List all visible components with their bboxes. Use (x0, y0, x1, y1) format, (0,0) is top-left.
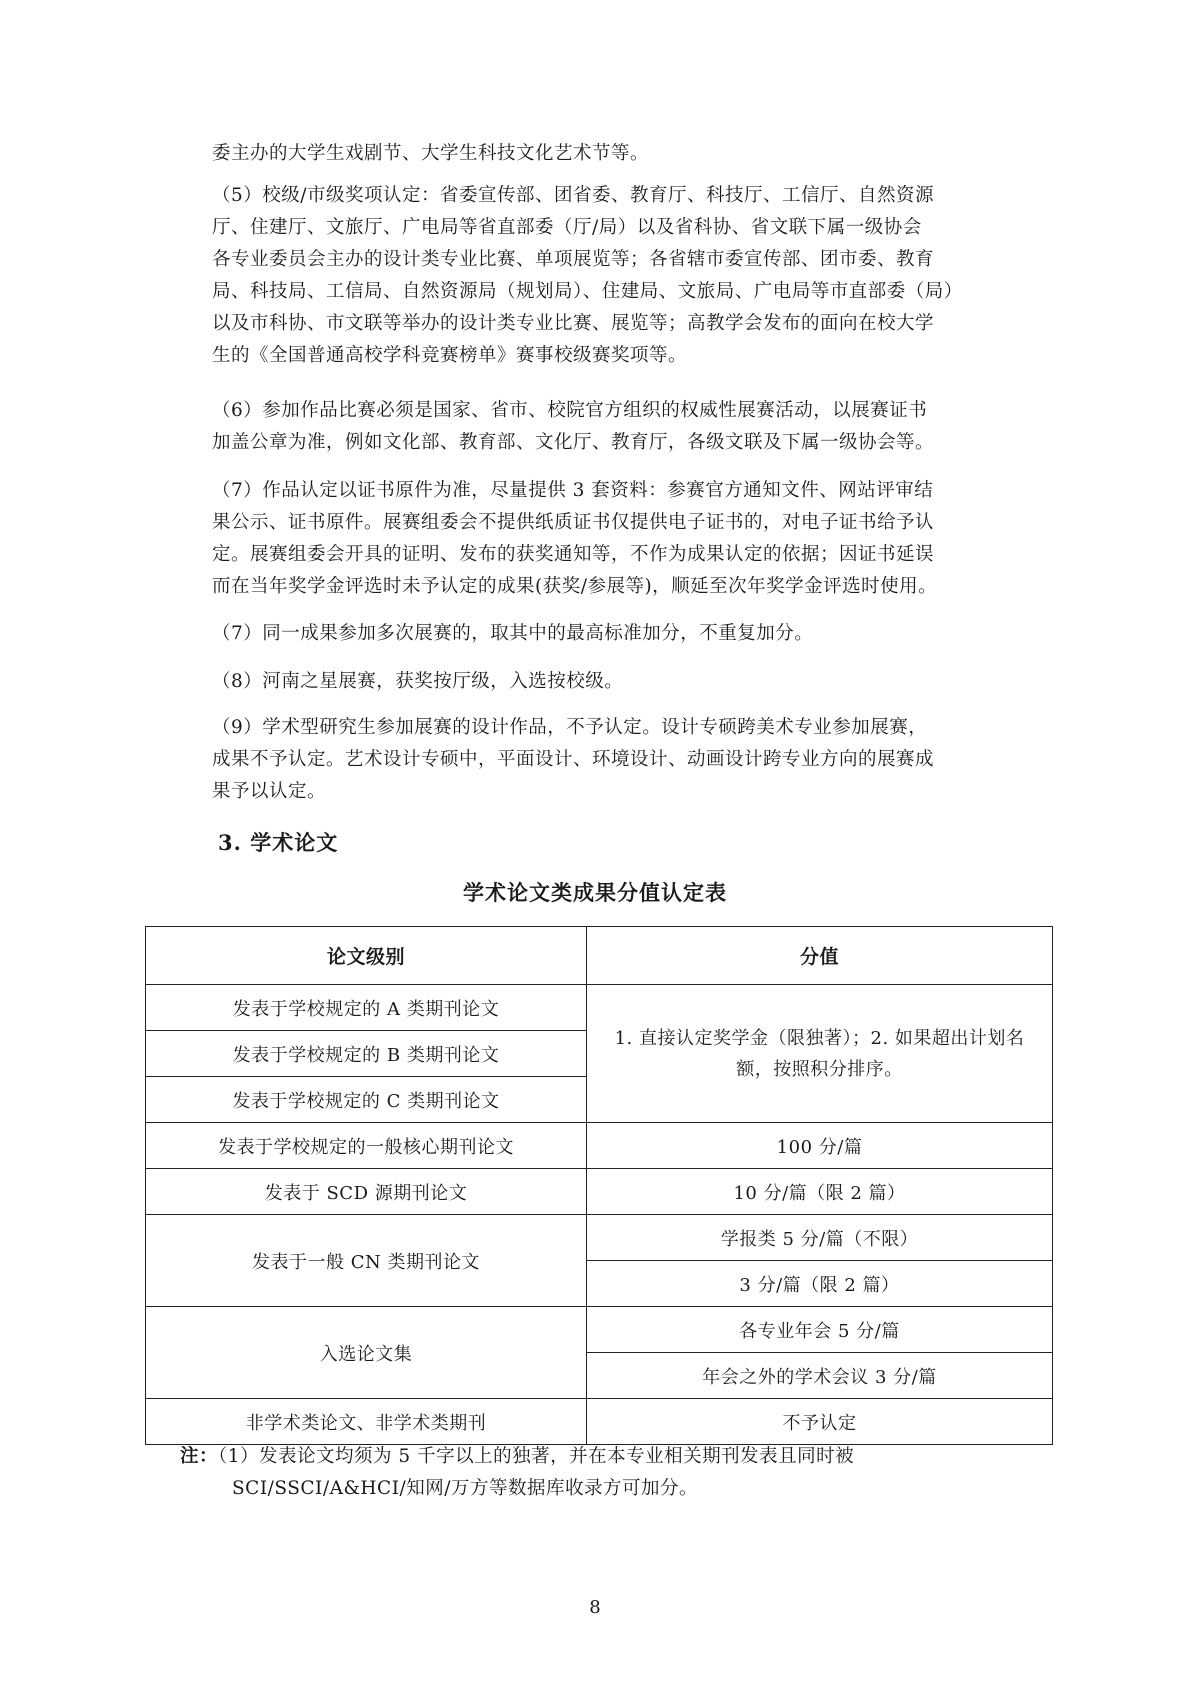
table-row: 发表于学校规定的 A 类期刊论文 1. 直接认定奖学金（限独著）；2. 如果超出… (146, 985, 1053, 1031)
cell-score-abc: 1. 直接认定奖学金（限独著）；2. 如果超出计划名 额，按照积分排序。 (587, 985, 1053, 1123)
text-line: 以及市科协、市文联等举办的设计类专业比赛、展览等；高教学会发布的面向在校大学 (212, 308, 972, 340)
table-title: 学术论文类成果分值认定表 (0, 877, 1190, 907)
cell-level: 发表于学校规定的 C 类期刊论文 (146, 1077, 587, 1123)
text-line: 而在当年奖学金评选时未予认定的成果(获奖/参展等)，顺延至次年奖学金评选时使用。 (212, 571, 972, 603)
cell-level: 发表于一般 CN 类期刊论文 (146, 1215, 587, 1307)
text-line: （7）同一成果参加多次展赛的，取其中的最高标准加分，不重复加分。 (212, 618, 972, 650)
text-line: （8）河南之星展赛，获奖按厅级，入选按校级。 (212, 666, 972, 698)
paragraph-continued: 委主办的大学生戏剧节、大学生科技文化艺术节等。 (212, 138, 972, 170)
text-line: 定。展赛组委会开具的证明、发布的获奖通知等，不作为成果认定的依据；因证书延误 (212, 539, 972, 571)
text-line: 局、科技局、工信局、自然资源局（规划局）、住建局、文旅局、广电局等市直部委（局） (212, 276, 972, 308)
score-text-line: 额，按照积分排序。 (736, 1059, 903, 1080)
text-line: 委主办的大学生戏剧节、大学生科技文化艺术节等。 (212, 138, 972, 170)
note-text: （1）发表论文均须为 5 千字以上的独著，并在本专业相关期刊发表且同时被 (218, 1446, 854, 1467)
cell-level: 非学术类论文、非学术类期刊 (146, 1399, 587, 1445)
paragraph-item-7a: （7）作品认定以证书原件为准，尽量提供 3 套资料：参赛官方通知文件、网站评审结… (212, 475, 972, 603)
paragraph-item-5: （5）校级/市级奖项认定：省委宣传部、团省委、教育厅、科技厅、工信厅、自然资源 … (212, 180, 972, 372)
header-level: 论文级别 (146, 927, 587, 985)
table-row: 非学术类论文、非学术类期刊 不予认定 (146, 1399, 1053, 1445)
cell-level: 发表于 SCD 源期刊论文 (146, 1169, 587, 1215)
section-heading: 3. 学术论文 (218, 827, 338, 857)
table-note: 注：（1）发表论文均须为 5 千字以上的独著，并在本专业相关期刊发表且同时被 S… (180, 1441, 1010, 1505)
table-row: 发表于学校规定的一般核心期刊论文 100 分/篇 (146, 1123, 1053, 1169)
header-score: 分值 (587, 927, 1053, 985)
page-number: 8 (0, 1597, 1190, 1618)
text-line: 成果不予认定。艺术设计专硕中，平面设计、环境设计、动画设计跨专业方向的展赛成 (212, 744, 972, 776)
paragraph-item-8: （8）河南之星展赛，获奖按厅级，入选按校级。 (212, 666, 972, 698)
text-line: 厅、住建厅、文旅厅、广电局等省直部委（厅/局）以及省科协、省文联下属一级协会 (212, 212, 972, 244)
cell-score: 年会之外的学术会议 3 分/篇 (587, 1353, 1053, 1399)
paragraph-item-7b: （7）同一成果参加多次展赛的，取其中的最高标准加分，不重复加分。 (212, 618, 972, 650)
cell-score: 3 分/篇（限 2 篇） (587, 1261, 1053, 1307)
paragraph-item-6: （6）参加作品比赛必须是国家、省市、校院官方组织的权威性展赛活动，以展赛证书 加… (212, 395, 972, 459)
text-line: （9）学术型研究生参加展赛的设计作品，不予认定。设计专硕跨美术专业参加展赛， (212, 712, 972, 744)
cell-score: 学报类 5 分/篇（不限） (587, 1215, 1053, 1261)
table-header-row: 论文级别 分值 (146, 927, 1053, 985)
cell-level: 入选论文集 (146, 1307, 587, 1399)
cell-score: 10 分/篇（限 2 篇） (587, 1169, 1053, 1215)
document-page: 委主办的大学生戏剧节、大学生科技文化艺术节等。 （5）校级/市级奖项认定：省委宣… (0, 0, 1190, 1683)
cell-score: 100 分/篇 (587, 1123, 1053, 1169)
table-row: 发表于一般 CN 类期刊论文 学报类 5 分/篇（不限） (146, 1215, 1053, 1261)
text-line: 果公示、证书原件。展赛组委会不提供纸质证书仅提供电子证书的，对电子证书给予认 (212, 507, 972, 539)
table-row: 发表于 SCD 源期刊论文 10 分/篇（限 2 篇） (146, 1169, 1053, 1215)
text-line: 加盖公章为准，例如文化部、教育部、文化厅、教育厅，各级文联及下属一级协会等。 (212, 427, 972, 459)
text-line: （6）参加作品比赛必须是国家、省市、校院官方组织的权威性展赛活动，以展赛证书 (212, 395, 972, 427)
table-row: 入选论文集 各专业年会 5 分/篇 (146, 1307, 1053, 1353)
note-label: 注： (180, 1446, 218, 1467)
cell-level: 发表于学校规定的 B 类期刊论文 (146, 1031, 587, 1077)
text-line: 果予以认定。 (212, 776, 972, 808)
cell-score: 不予认定 (587, 1399, 1053, 1445)
score-text-line: 1. 直接认定奖学金（限独著）；2. 如果超出计划名 (615, 1028, 1025, 1049)
paragraph-item-9: （9）学术型研究生参加展赛的设计作品，不予认定。设计专硕跨美术专业参加展赛， 成… (212, 712, 972, 808)
text-line: 生的《全国普通高校学科竞赛榜单》赛事校级赛奖项等。 (212, 340, 972, 372)
text-line: 各专业委员会主办的设计类专业比赛、单项展览等；各省辖市委宣传部、团市委、教育 (212, 244, 972, 276)
cell-score: 各专业年会 5 分/篇 (587, 1307, 1053, 1353)
cell-level: 发表于学校规定的 A 类期刊论文 (146, 985, 587, 1031)
text-line: （7）作品认定以证书原件为准，尽量提供 3 套资料：参赛官方通知文件、网站评审结 (212, 475, 972, 507)
note-text: SCI/SSCI/A&HCI/知网/万方等数据库收录方可加分。 (180, 1473, 1010, 1505)
cell-level: 发表于学校规定的一般核心期刊论文 (146, 1123, 587, 1169)
text-line: （5）校级/市级奖项认定：省委宣传部、团省委、教育厅、科技厅、工信厅、自然资源 (212, 180, 972, 212)
score-table: 论文级别 分值 发表于学校规定的 A 类期刊论文 1. 直接认定奖学金（限独著）… (145, 926, 1053, 1445)
